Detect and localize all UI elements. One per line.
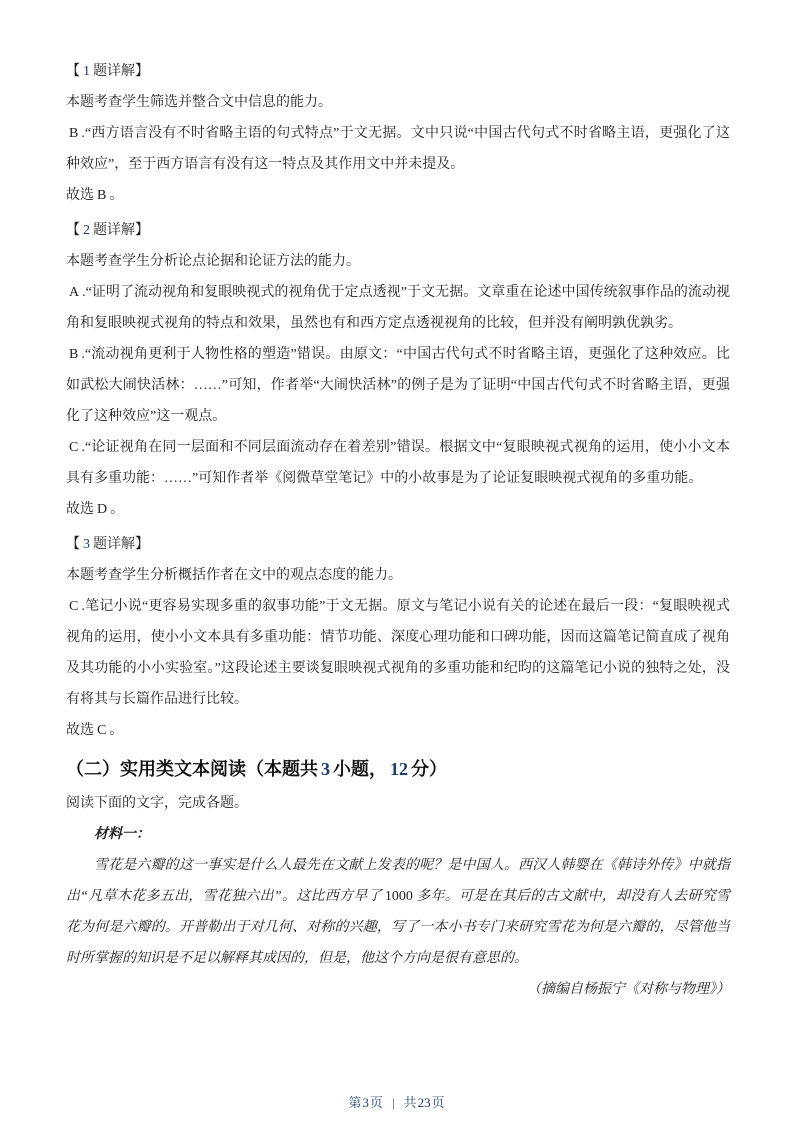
reading-section: （二）实用类文本阅读（本题共3小题，12分） 阅读下面的文字，完成各题。 材料一… <box>66 750 730 1005</box>
explanation-section-2: 【2题详解】 本题考查学生分析论点论据和论证方法的能力。 A.“证明了流动视角和… <box>66 215 730 525</box>
explanation-paragraph: B.“西方语言没有不时省略主语的句式特点”于文无据。文中只说“中国古代句式不时省… <box>66 118 730 180</box>
detail-header-q1: 【1题详解】 <box>66 56 730 87</box>
footer-separator: | <box>392 1095 395 1110</box>
section-heading: （二）实用类文本阅读（本题共3小题，12分） <box>66 750 730 788</box>
detail-header-q3: 【3题详解】 <box>66 529 730 560</box>
latin-text: D <box>97 502 107 517</box>
explanation-paragraph: 本题考查学生分析概括作者在文中的观点态度的能力。 <box>66 560 730 591</box>
latin-text: 2 <box>83 223 90 238</box>
answer-line-q2: 故选D。 <box>66 494 730 525</box>
document-body: 【1题详解】 本题考查学生筛选并整合文中信息的能力。 B.“西方语言没有不时省略… <box>66 56 730 1005</box>
document-page: { "colors": { "accent": "#1e3c66", "text… <box>0 0 793 1122</box>
latin-text: 3 <box>321 759 330 779</box>
material-attribution: （摘编自杨振宁《对称与物理》） <box>66 974 730 1005</box>
latin-text: C <box>69 599 78 614</box>
footer-page-total: 共23页 <box>404 1095 445 1110</box>
reading-intro: 阅读下面的文字，完成各题。 <box>66 788 730 819</box>
footer-page-number: 第3页 <box>348 1095 383 1110</box>
latin-text: B <box>69 347 78 362</box>
latin-text: 1000 <box>385 889 413 904</box>
explanation-paragraph: 本题考查学生分析论点论据和论证方法的能力。 <box>66 246 730 277</box>
material-label: 材料一： <box>66 819 730 850</box>
latin-text: C <box>97 723 106 738</box>
material-paragraph: 雪花是六瓣的这一事实是什么人最先在文献上发表的呢？是中国人。西汉人韩婴在《韩诗外… <box>66 850 730 974</box>
answer-line-q3: 故选C。 <box>66 715 730 746</box>
latin-text: B <box>97 188 106 203</box>
detail-header-q2: 【2题详解】 <box>66 215 730 246</box>
latin-text: 23 <box>418 1095 431 1110</box>
page-footer: 第3页|共23页 <box>0 1095 793 1111</box>
explanation-paragraph: A.“证明了流动视角和复眼映视式的视角优于定点透视”于文无据。文章重在论述中国传… <box>66 277 730 339</box>
latin-text: 3 <box>362 1095 369 1110</box>
explanation-paragraph: 本题考查学生筛选并整合文中信息的能力。 <box>66 87 730 118</box>
latin-text: C <box>69 440 78 455</box>
latin-text: B <box>69 126 78 141</box>
explanation-paragraph: C.“论证视角在同一层面和不同层面流动存在着差别”错误。根据文中“复眼映视式视角… <box>66 432 730 494</box>
latin-text: 1 <box>83 64 90 79</box>
answer-line-q1: 故选B。 <box>66 180 730 211</box>
explanation-section-3: 【3题详解】 本题考查学生分析概括作者在文中的观点态度的能力。 C.笔记小说“更… <box>66 529 730 746</box>
explanation-paragraph: C.笔记小说“更容易实现多重的叙事功能”于文无据。原文与笔记小说有关的论述在最后… <box>66 591 730 715</box>
explanation-section-1: 【1题详解】 本题考查学生筛选并整合文中信息的能力。 B.“西方语言没有不时省略… <box>66 56 730 211</box>
latin-text: 12 <box>390 759 408 779</box>
latin-text: A <box>69 285 79 300</box>
explanation-paragraph: B.“流动视角更利于人物性格的塑造”错误。由原文：“中国古代句式不时省略主语，更… <box>66 339 730 432</box>
latin-text: 3 <box>83 537 90 552</box>
